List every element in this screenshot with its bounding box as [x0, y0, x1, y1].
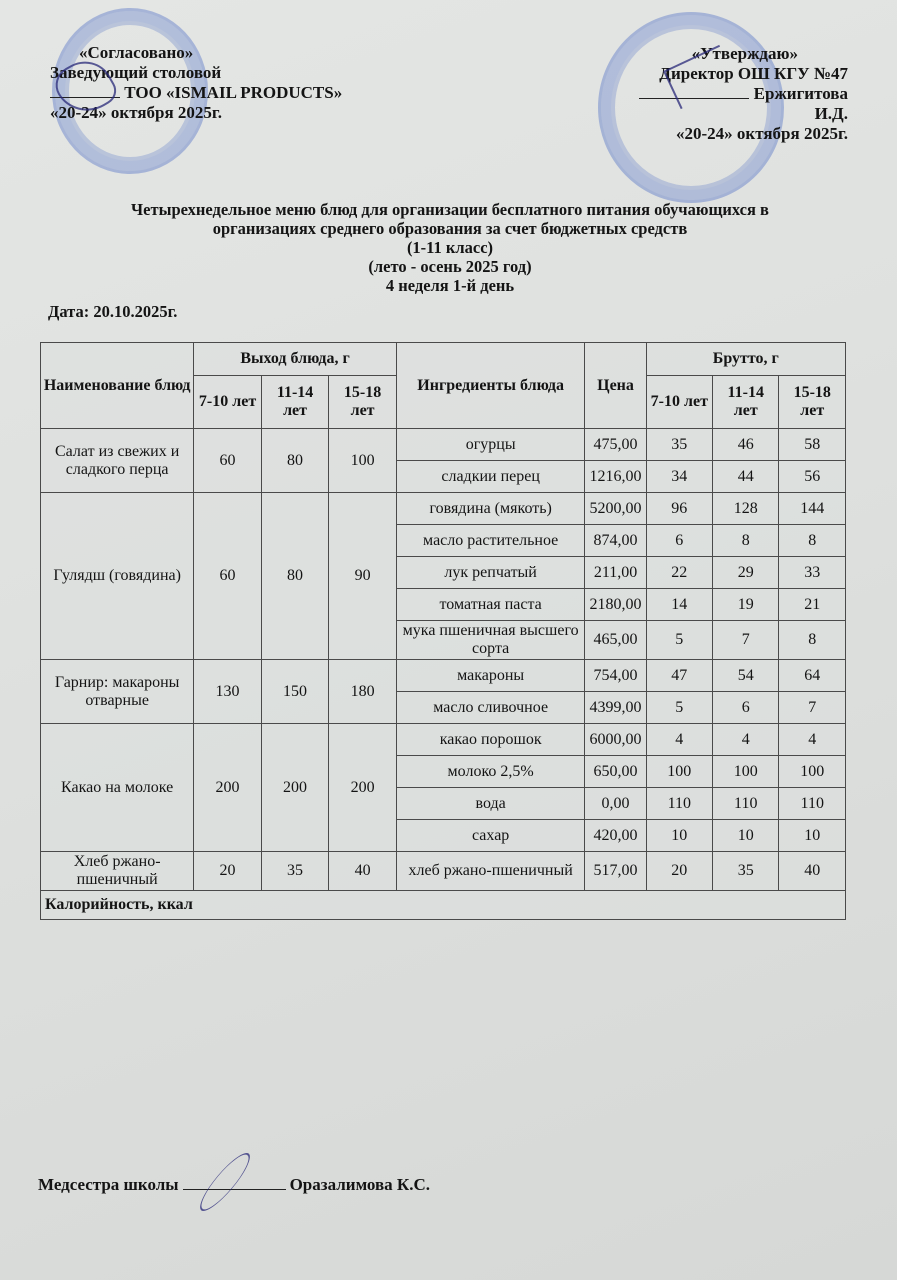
header-dish-name: Наименование блюд	[41, 343, 194, 429]
dish-output: 35	[261, 852, 329, 891]
dish-output: 200	[261, 724, 329, 852]
ingredient-brutto: 20	[646, 852, 712, 891]
ingredient-brutto: 100	[646, 756, 712, 788]
header-brutto-age-7-10: 7-10 лет	[646, 376, 712, 429]
title-line: 4 неделя 1-й день	[40, 276, 860, 295]
approval-block-left: «Согласовано» Заведующий столовой ТОО «I…	[50, 43, 342, 123]
ingredient-name: молоко 2,5%	[396, 756, 585, 788]
ingredient-name: лук репчатый	[396, 557, 585, 589]
ingredient-brutto: 22	[646, 557, 712, 589]
ingredient-brutto: 35	[646, 429, 712, 461]
ingredient-name: сладкии перец	[396, 461, 585, 493]
signature-nurse	[183, 1175, 286, 1190]
dish-output: 100	[329, 429, 397, 493]
ingredient-price: 211,00	[585, 557, 646, 589]
header-brutto-age-11-14: 11-14 лет	[713, 376, 779, 429]
table-row: Гулядш (говядина)608090говядина (мякоть)…	[41, 493, 846, 525]
ingredient-brutto: 44	[713, 461, 779, 493]
ingredient-brutto: 8	[779, 621, 846, 660]
ingredient-name: огурцы	[396, 429, 585, 461]
header-output: Выход блюда, г	[194, 343, 397, 376]
header-ingredients: Ингредиенты блюда	[396, 343, 585, 429]
ingredient-brutto: 35	[713, 852, 779, 891]
ingredient-brutto: 4	[646, 724, 712, 756]
title-line: Четырехнедельное меню блюд для организац…	[40, 200, 860, 219]
ingredient-price: 2180,00	[585, 589, 646, 621]
approval-right-date: «20-24» октября 2025г.	[616, 124, 848, 144]
dish-output: 80	[261, 493, 329, 660]
ingredient-name: говядина (мякоть)	[396, 493, 585, 525]
dish-output: 40	[329, 852, 397, 891]
dish-output: 80	[261, 429, 329, 493]
approval-right-heading: «Утверждаю»	[616, 44, 848, 64]
ingredient-brutto: 6	[713, 692, 779, 724]
approval-left-heading: «Согласовано»	[50, 43, 342, 63]
menu-table: Наименование блюд Выход блюда, г Ингреди…	[40, 342, 846, 920]
table-row: Какао на молоке200200200какао порошок600…	[41, 724, 846, 756]
ingredient-name: хлеб ржано-пшеничный	[396, 852, 585, 891]
ingredient-brutto: 10	[713, 820, 779, 852]
ingredient-brutto: 100	[713, 756, 779, 788]
ingredient-brutto: 54	[713, 660, 779, 692]
ingredient-price: 1216,00	[585, 461, 646, 493]
ingredient-brutto: 4	[713, 724, 779, 756]
ingredient-brutto: 34	[646, 461, 712, 493]
header-price: Цена	[585, 343, 646, 429]
dish-name: Салат из свежих и сладкого перца	[41, 429, 194, 493]
ingredient-name: масло растительное	[396, 525, 585, 557]
table-row: Хлеб ржано-пшеничный203540хлеб ржано-пше…	[41, 852, 846, 891]
header-output-age-11-14: 11-14 лет	[261, 376, 329, 429]
ingredient-brutto: 7	[779, 692, 846, 724]
ingredient-price: 475,00	[585, 429, 646, 461]
signature-left	[50, 83, 120, 98]
table-row: Салат из свежих и сладкого перца6080100о…	[41, 429, 846, 461]
ingredient-brutto: 33	[779, 557, 846, 589]
ingredient-brutto: 7	[713, 621, 779, 660]
ingredient-name: вода	[396, 788, 585, 820]
ingredient-brutto: 110	[779, 788, 846, 820]
ingredient-brutto: 19	[713, 589, 779, 621]
dish-name: Гулядш (говядина)	[41, 493, 194, 660]
header-output-age-15-18: 15-18 лет	[329, 376, 397, 429]
ingredient-brutto: 144	[779, 493, 846, 525]
nurse-name: Оразалимова К.С.	[290, 1175, 430, 1194]
ingredient-brutto: 5	[646, 621, 712, 660]
ingredient-name: сахар	[396, 820, 585, 852]
ingredient-brutto: 8	[713, 525, 779, 557]
header-brutto: Брутто, г	[646, 343, 845, 376]
ingredient-price: 465,00	[585, 621, 646, 660]
dish-output: 180	[329, 660, 397, 724]
approval-right-name: Ержигитова И.Д.	[754, 84, 848, 123]
dish-name: Гарнир: макароны отварные	[41, 660, 194, 724]
ingredient-price: 754,00	[585, 660, 646, 692]
ingredient-price: 517,00	[585, 852, 646, 891]
dish-output: 150	[261, 660, 329, 724]
dish-output: 200	[329, 724, 397, 852]
ingredient-brutto: 21	[779, 589, 846, 621]
dish-output: 60	[194, 493, 262, 660]
ingredient-price: 650,00	[585, 756, 646, 788]
ingredient-brutto: 110	[713, 788, 779, 820]
ingredient-name: масло сливочное	[396, 692, 585, 724]
dish-output: 20	[194, 852, 262, 891]
ingredient-brutto: 64	[779, 660, 846, 692]
ingredient-brutto: 4	[779, 724, 846, 756]
ingredient-brutto: 5	[646, 692, 712, 724]
ingredient-brutto: 46	[713, 429, 779, 461]
dish-output: 90	[329, 493, 397, 660]
calories-row: Калорийность, ккал	[41, 891, 846, 920]
approval-block-right: «Утверждаю» Директор ОШ КГУ №47 Ержигито…	[616, 44, 848, 144]
ingredient-name: какао порошок	[396, 724, 585, 756]
ingredient-price: 0,00	[585, 788, 646, 820]
ingredient-price: 5200,00	[585, 493, 646, 525]
ingredient-brutto: 96	[646, 493, 712, 525]
table-row: Гарнир: макароны отварные130150180макаро…	[41, 660, 846, 692]
title-line: (лето - осень 2025 год)	[40, 257, 860, 276]
header-output-age-7-10: 7-10 лет	[194, 376, 262, 429]
ingredient-price: 4399,00	[585, 692, 646, 724]
ingredient-price: 874,00	[585, 525, 646, 557]
ingredient-brutto: 6	[646, 525, 712, 557]
ingredient-brutto: 14	[646, 589, 712, 621]
ingredient-brutto: 8	[779, 525, 846, 557]
ingredient-price: 6000,00	[585, 724, 646, 756]
ingredient-brutto: 110	[646, 788, 712, 820]
ingredient-brutto: 29	[713, 557, 779, 589]
ingredient-brutto: 10	[779, 820, 846, 852]
approval-left-org: ТОО «ISMAIL PRODUCTS»	[124, 83, 342, 102]
document-title: Четырехнедельное меню блюд для организац…	[40, 200, 860, 295]
dish-output: 60	[194, 429, 262, 493]
ingredient-name: макароны	[396, 660, 585, 692]
signature-right	[639, 84, 749, 99]
ingredient-brutto: 40	[779, 852, 846, 891]
ingredient-name: мука пшеничная высшего сорта	[396, 621, 585, 660]
dish-output: 130	[194, 660, 262, 724]
ingredient-name: томатная паста	[396, 589, 585, 621]
dish-output: 200	[194, 724, 262, 852]
title-line: (1-11 класс)	[40, 238, 860, 257]
dish-name: Какао на молоке	[41, 724, 194, 852]
ingredient-brutto: 10	[646, 820, 712, 852]
ingredient-price: 420,00	[585, 820, 646, 852]
ingredient-brutto: 100	[779, 756, 846, 788]
ingredient-brutto: 56	[779, 461, 846, 493]
menu-table-body: Салат из свежих и сладкого перца6080100о…	[41, 429, 846, 891]
header-brutto-age-15-18: 15-18 лет	[779, 376, 846, 429]
footer-signature: Медсестра школыОразалимова К.С.	[38, 1175, 430, 1195]
ingredient-brutto: 58	[779, 429, 846, 461]
dish-name: Хлеб ржано-пшеничный	[41, 852, 194, 891]
nurse-role: Медсестра школы	[38, 1175, 179, 1194]
title-line: организациях среднего образования за сче…	[40, 219, 860, 238]
ingredient-brutto: 128	[713, 493, 779, 525]
document-date: Дата: 20.10.2025г.	[48, 302, 177, 322]
ingredient-brutto: 47	[646, 660, 712, 692]
